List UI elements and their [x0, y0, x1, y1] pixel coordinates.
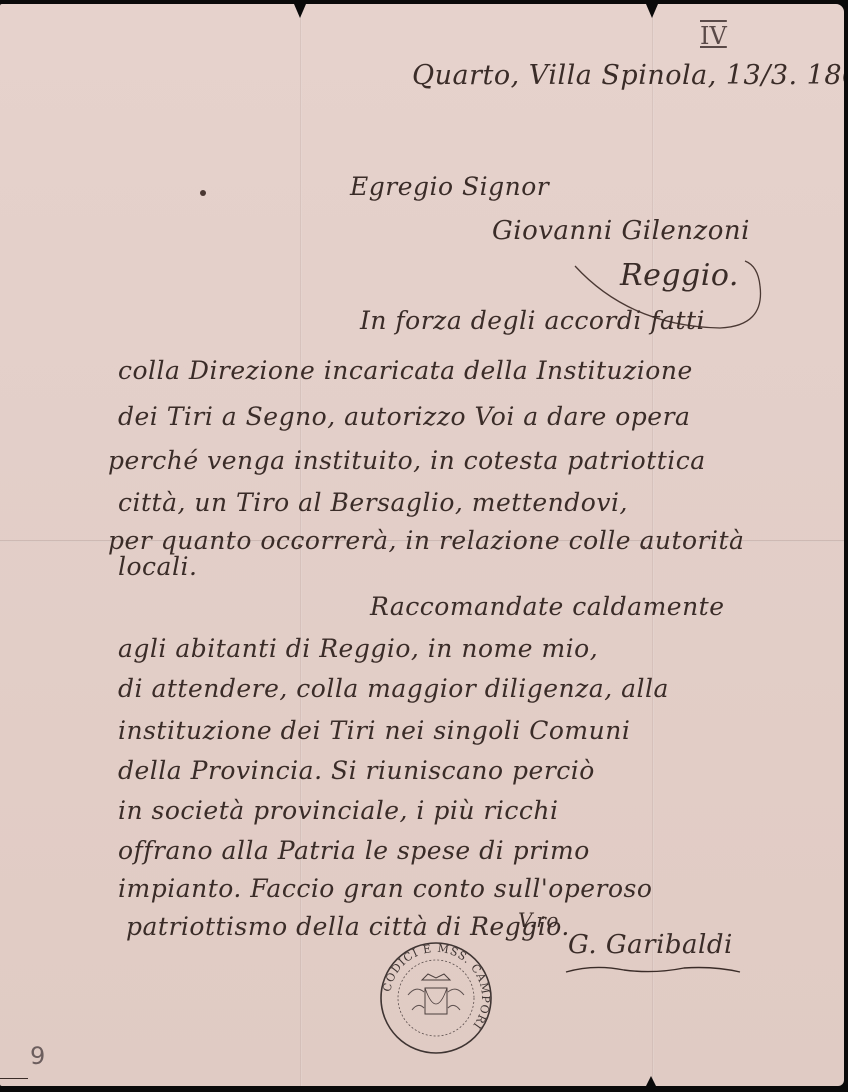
page-number: 9 [30, 1042, 45, 1070]
body-line: per quanto occorrerà, in relazione colle… [108, 526, 744, 555]
body-line: dei Tiri a Segno, autorizzo Voi a dare o… [118, 402, 690, 431]
archive-mark: IV [700, 22, 727, 50]
salutation: Egregio Signor [350, 172, 549, 201]
body-line: perché venga instituito, in cotesta patr… [108, 446, 706, 475]
fold-notch [294, 4, 306, 18]
body-line: instituzione dei Tiri nei singoli Comuni [118, 716, 630, 745]
archive-stamp-icon: CODICI E MSS. CAMPORI [378, 940, 494, 1056]
body-line: città, un Tiro al Bersaglio, mettendovi, [118, 488, 628, 517]
body-line: della Provincia. Si riuniscano perciò [118, 756, 595, 785]
body-line: Raccomandate caldamente [370, 592, 725, 621]
ink-spot [200, 190, 206, 196]
body-line: patriottismo della città di Reggio. [126, 912, 570, 941]
ink-spot [298, 544, 301, 547]
closing: V.ro [518, 908, 559, 932]
fold-notch [645, 1076, 657, 1086]
body-line: offrano alla Patria le spese di primo [118, 836, 590, 865]
body-line: impianto. Faccio gran conto sull'operoso [118, 874, 652, 903]
body-line: agli abitanti di Reggio, in nome mio, [118, 634, 598, 663]
manuscript-page: IV Quarto, Villa Spinola, 13/3. 1862. Eg… [0, 4, 844, 1086]
ink-spot [642, 546, 645, 549]
body-line: In forza degli accordi fatti [360, 306, 705, 335]
body-line: colla Direzione incaricata della Institu… [118, 356, 693, 385]
svg-text:CODICI E MSS. CAMPORI: CODICI E MSS. CAMPORI [380, 942, 492, 1032]
margin-mark [0, 1078, 28, 1079]
body-line: di attendere, colla maggior diligenza, a… [118, 674, 669, 703]
recipient-name: Giovanni Gilenzoni [492, 216, 750, 246]
place-date: Quarto, Villa Spinola, 13/3. 1862. [412, 60, 844, 91]
signature-underline-icon [564, 962, 744, 978]
fold-notch [646, 4, 658, 18]
body-line: locali. [118, 552, 197, 581]
body-line: in società provinciale, i più ricchi [118, 796, 558, 825]
signature: G. Garibaldi [568, 930, 733, 960]
